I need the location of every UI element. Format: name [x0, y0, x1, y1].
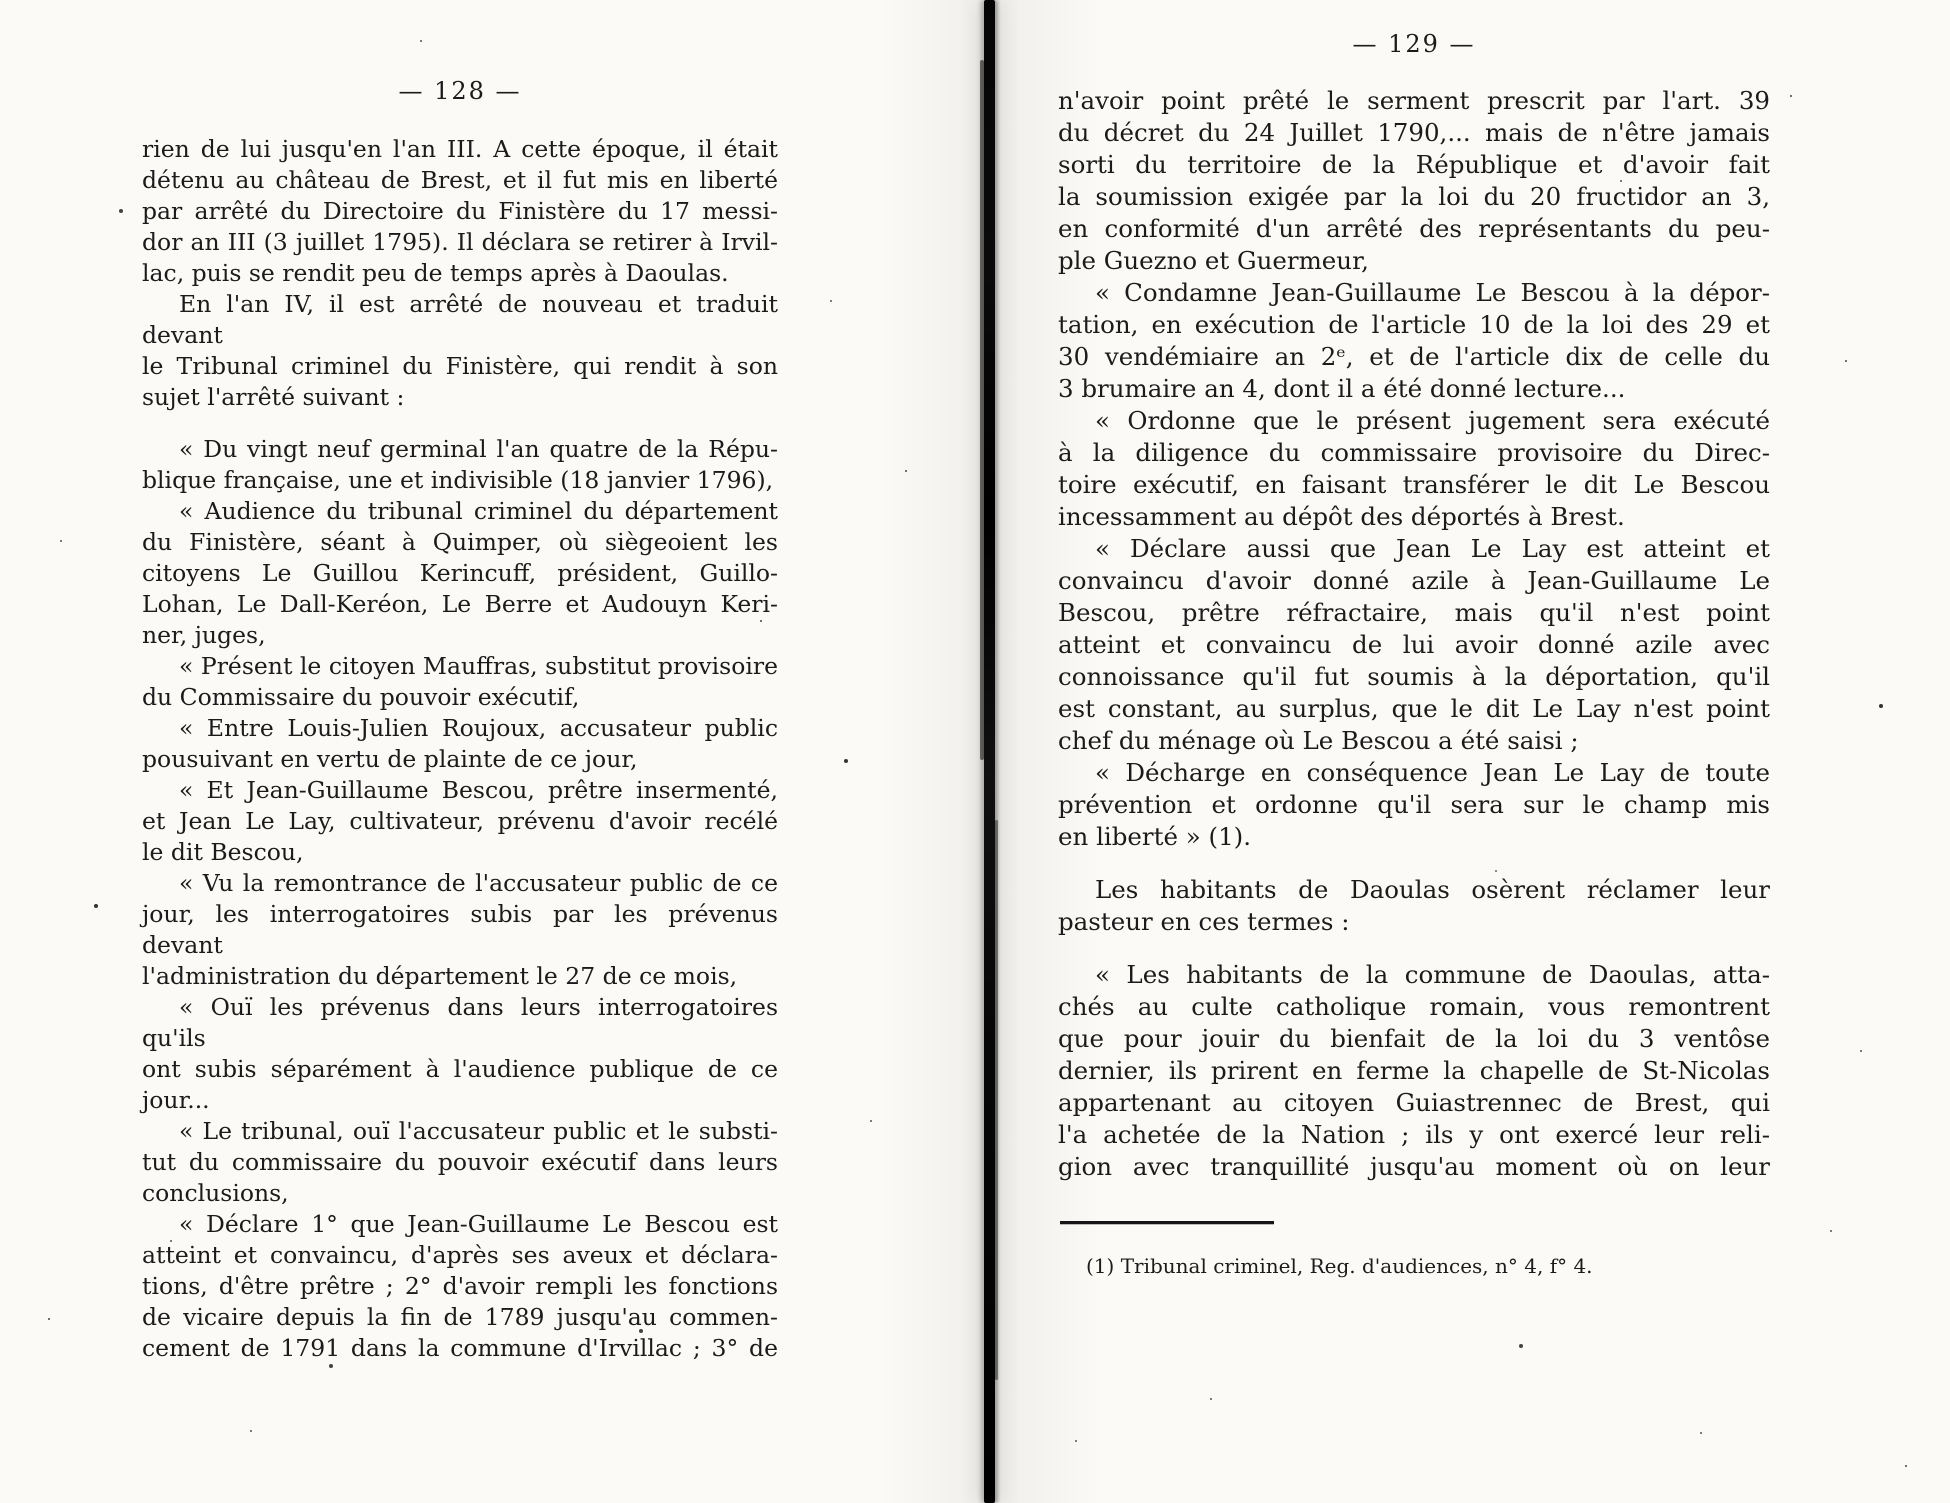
text-line: 3 brumaire an 4, dont il a été donné lec…: [1058, 373, 1770, 405]
text-line: la soumission exigée par la loi du 20 fr…: [1058, 181, 1770, 213]
text-line: le Tribunal criminel du Finistère, qui r…: [142, 351, 778, 382]
paragraph: « Audience du tribunal criminel du dépar…: [142, 496, 778, 651]
paragraph: n'avoir point prêté le serment prescrit …: [1058, 85, 1770, 277]
text-line: « Du vingt neuf germinal l'an quatre de …: [142, 434, 778, 465]
text-line: « Vu la remontrance de l'accusateur publ…: [142, 868, 778, 899]
text-line: du Finistère, séant à Quimper, où siègeo…: [142, 527, 778, 558]
right-page: — 129 — n'avoir point prêté le serment p…: [1058, 28, 1770, 1279]
text-line: n'avoir point prêté le serment prescrit …: [1058, 85, 1770, 117]
text-line: de vicaire depuis la fin de 1789 jusqu'a…: [142, 1302, 778, 1333]
text-line: citoyens Le Guillou Kerincuff, président…: [142, 558, 778, 589]
text-line: en conformité d'un arrêté des représenta…: [1058, 213, 1770, 245]
text-line: lac, puis se rendit peu de temps après à…: [142, 258, 778, 289]
text-line: est constant, au surplus, que le dit Le …: [1058, 693, 1770, 725]
text-line: dor an III (3 juillet 1795). Il déclara …: [142, 227, 778, 258]
text-line: prévention et ordonne qu'il sera sur le …: [1058, 789, 1770, 821]
text-line: « Déclare 1° que Jean-Guillaume Le Besco…: [142, 1209, 778, 1240]
text-line: ple Guezno et Guermeur,: [1058, 245, 1770, 277]
paragraph: « Condamne Jean-Guillaume Le Bescou à la…: [1058, 277, 1770, 405]
text-line: atteint et convaincu de lui avoir donné …: [1058, 629, 1770, 661]
text-line: tation, en exécution de l'article 10 de …: [1058, 309, 1770, 341]
paragraph: « Et Jean-Guillaume Bescou, prêtre inser…: [142, 775, 778, 868]
text-line: incessamment au dépôt des déportés à Bre…: [1058, 501, 1770, 533]
paragraph: « Du vingt neuf germinal l'an quatre de …: [142, 434, 778, 496]
text-line: par arrêté du Directoire du Finistère du…: [142, 196, 778, 227]
left-page: — 128 — rien de lui jusqu'en l'an III. A…: [142, 76, 778, 1364]
text-line: convaincu d'avoir donné azile à Jean-Gui…: [1058, 565, 1770, 597]
book-spread: — 128 — rien de lui jusqu'en l'an III. A…: [0, 0, 1950, 1503]
text-line: « Le tribunal, ouï l'accusateur public e…: [142, 1116, 778, 1147]
text-line: et Jean Le Lay, cultivateur, prévenu d'a…: [142, 806, 778, 837]
text-line: « Présent le citoyen Mauffras, substitut…: [142, 651, 778, 682]
footnote-rule: [1060, 1221, 1274, 1224]
paragraph: « Déclare 1° que Jean-Guillaume Le Besco…: [142, 1209, 778, 1364]
text-line: blique française, une et indivisible (18…: [142, 465, 778, 496]
text-line: que pour jouir du bienfait de la loi du …: [1058, 1023, 1770, 1055]
text-line: Lohan, Le Dall-Keréon, Le Berre et Audou…: [142, 589, 778, 620]
text-line: l'a achetée de la Nation ; ils y ont exe…: [1058, 1119, 1770, 1151]
paragraph: En l'an IV, il est arrêté de nouveau et …: [142, 289, 778, 413]
text-line: sujet l'arrêté suivant :: [142, 382, 778, 413]
text-line: Bescou, prêtre réfractaire, mais qu'il n…: [1058, 597, 1770, 629]
text-line: atteint et convaincu, d'après ses aveux …: [142, 1240, 778, 1271]
text-line: « Condamne Jean-Guillaume Le Bescou à la…: [1058, 277, 1770, 309]
text-line: ner, juges,: [142, 620, 778, 651]
text-line: jour...: [142, 1085, 778, 1116]
text-line: « Entre Louis-Julien Roujoux, accusateur…: [142, 713, 778, 744]
paragraph: « Décharge en conséquence Jean Le Lay de…: [1058, 757, 1770, 853]
text-line: toire exécutif, en faisant transférer le…: [1058, 469, 1770, 501]
footnote-text: (1) Tribunal criminel, Reg. d'audiences,…: [1058, 1253, 1770, 1279]
footnote-block: (1) Tribunal criminel, Reg. d'audiences,…: [1058, 1221, 1770, 1279]
text-line: jour, les interrogatoires subis par les …: [142, 899, 778, 961]
text-line: « Déclare aussi que Jean Le Lay est atte…: [1058, 533, 1770, 565]
text-line: connoissance qu'il fut soumis à la dépor…: [1058, 661, 1770, 693]
paragraph: « Vu la remontrance de l'accusateur publ…: [142, 868, 778, 992]
text-line: « Et Jean-Guillaume Bescou, prêtre inser…: [142, 775, 778, 806]
text-line: « Ouï les prévenus dans leurs interrogat…: [142, 992, 778, 1054]
paragraph: rien de lui jusqu'en l'an III. A cette é…: [142, 134, 778, 289]
paragraph: « Entre Louis-Julien Roujoux, accusateur…: [142, 713, 778, 775]
text-line: chés au culte catholique romain, vous re…: [1058, 991, 1770, 1023]
text-line: sorti du territoire de la République et …: [1058, 149, 1770, 181]
paragraph: « Ouï les prévenus dans leurs interrogat…: [142, 992, 778, 1116]
text-line: à la diligence du commissaire provisoire…: [1058, 437, 1770, 469]
text-line: cement de 1791 dans la commune d'Irvilla…: [142, 1333, 778, 1364]
left-page-text: rien de lui jusqu'en l'an III. A cette é…: [142, 134, 778, 1364]
text-line: chef du ménage où Le Bescou a été saisi …: [1058, 725, 1770, 757]
text-line: du Commissaire du pouvoir exécutif,: [142, 682, 778, 713]
text-line: en liberté » (1).: [1058, 821, 1770, 853]
paragraph: « Présent le citoyen Mauffras, substitut…: [142, 651, 778, 713]
paragraph: « Déclare aussi que Jean Le Lay est atte…: [1058, 533, 1770, 757]
text-line: tut du commissaire du pouvoir exécutif d…: [142, 1147, 778, 1178]
text-line: du décret du 24 Juillet 1790,... mais de…: [1058, 117, 1770, 149]
paragraph: « Les habitants de la commune de Daoulas…: [1058, 959, 1770, 1183]
paragraph: « Le tribunal, ouï l'accusateur public e…: [142, 1116, 778, 1209]
text-line: « Audience du tribunal criminel du dépar…: [142, 496, 778, 527]
text-line: tions, d'être prêtre ; 2° d'avoir rempli…: [142, 1271, 778, 1302]
text-line: l'administration du département le 27 de…: [142, 961, 778, 992]
text-line: En l'an IV, il est arrêté de nouveau et …: [142, 289, 778, 351]
text-line: Les habitants de Daoulas osèrent réclame…: [1058, 874, 1770, 906]
text-line: conclusions,: [142, 1178, 778, 1209]
paragraph: Les habitants de Daoulas osèrent réclame…: [1058, 874, 1770, 938]
text-line: gion avec tranquillité jusqu'au moment o…: [1058, 1151, 1770, 1183]
text-line: ont subis séparément à l'audience publiq…: [142, 1054, 778, 1085]
text-line: dernier, ils prirent en ferme la chapell…: [1058, 1055, 1770, 1087]
text-line: pousuivant en vertu de plainte de ce jou…: [142, 744, 778, 775]
left-page-number: — 128 —: [142, 76, 778, 107]
text-line: pasteur en ces termes :: [1058, 906, 1770, 938]
text-line: rien de lui jusqu'en l'an III. A cette é…: [142, 134, 778, 165]
right-page-number: — 129 —: [1058, 28, 1770, 60]
binding-gutter-line: [984, 0, 995, 1503]
scan-speckles: [0, 0, 2, 2]
paragraph: « Ordonne que le présent jugement sera e…: [1058, 405, 1770, 533]
text-line: 30 vendémiaire an 2ᵉ, et de l'article di…: [1058, 341, 1770, 373]
text-line: « Les habitants de la commune de Daoulas…: [1058, 959, 1770, 991]
text-line: le dit Bescou,: [142, 837, 778, 868]
text-line: appartenant au citoyen Guiastrennec de B…: [1058, 1087, 1770, 1119]
text-line: détenu au château de Brest, et il fut mi…: [142, 165, 778, 196]
right-page-text: n'avoir point prêté le serment prescrit …: [1058, 85, 1770, 1183]
text-line: « Ordonne que le présent jugement sera e…: [1058, 405, 1770, 437]
text-line: « Décharge en conséquence Jean Le Lay de…: [1058, 757, 1770, 789]
